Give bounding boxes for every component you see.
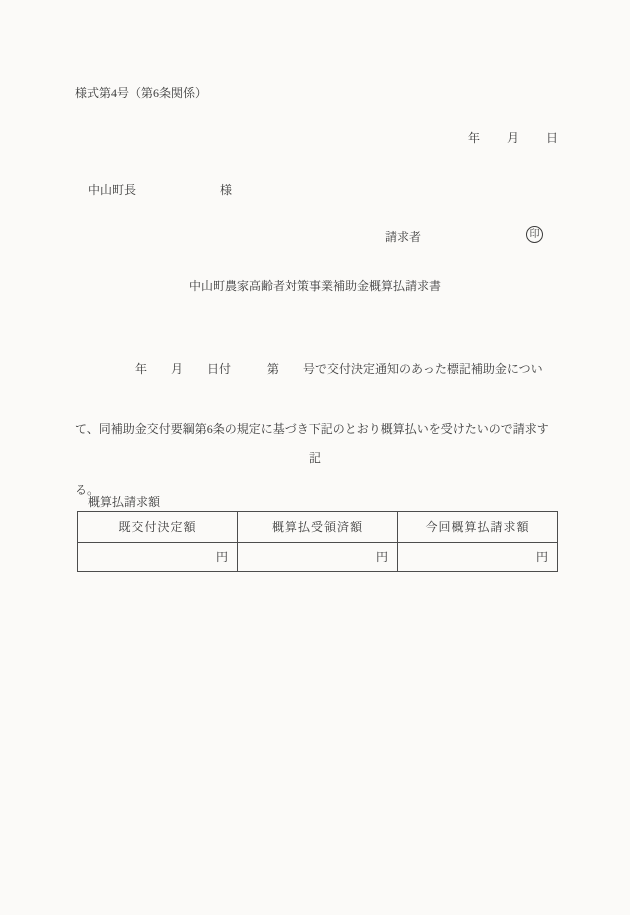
header-cell-received-amount: 概算払受領済額 [238, 512, 398, 543]
header-cell-decided-amount: 既交付決定額 [78, 512, 238, 543]
table-caption: 概算払請求額 [88, 494, 160, 511]
date-line: 年 月 日 [468, 130, 559, 147]
requester-label: 請求者 [385, 229, 421, 246]
addressee: 中山町長 様 [88, 182, 232, 199]
value-cell-requested-amount: 円 [398, 543, 558, 572]
table-header-row: 既交付決定額 概算払受領済額 今回概算払請求額 [78, 512, 558, 543]
record-marker: 記 [0, 450, 630, 467]
body-line-1: 年 月 日付 第 号で交付決定通知のあった標記補助金につい [75, 356, 567, 383]
seal-stamp-icon: 印 [526, 226, 543, 243]
body-line-2: て、同補助金交付要綱第6条の規定に基づき下記のとおり概算払いを受けたいので請求す [75, 416, 567, 443]
table-value-row: 円 円 円 [78, 543, 558, 572]
value-cell-decided-amount: 円 [78, 543, 238, 572]
document-title: 中山町農家高齢者対策事業補助金概算払請求書 [0, 278, 630, 295]
header-cell-requested-amount: 今回概算払請求額 [398, 512, 558, 543]
document-page: 様式第4号（第6条関係） 年 月 日 中山町長 様 請求者 印 中山町農家高齢者… [0, 0, 630, 915]
seal-stamp-text: 印 [530, 230, 540, 240]
value-cell-received-amount: 円 [238, 543, 398, 572]
amount-table: 既交付決定額 概算払受領済額 今回概算払請求額 円 円 円 [77, 511, 558, 572]
form-number: 様式第4号（第6条関係） [75, 85, 207, 102]
